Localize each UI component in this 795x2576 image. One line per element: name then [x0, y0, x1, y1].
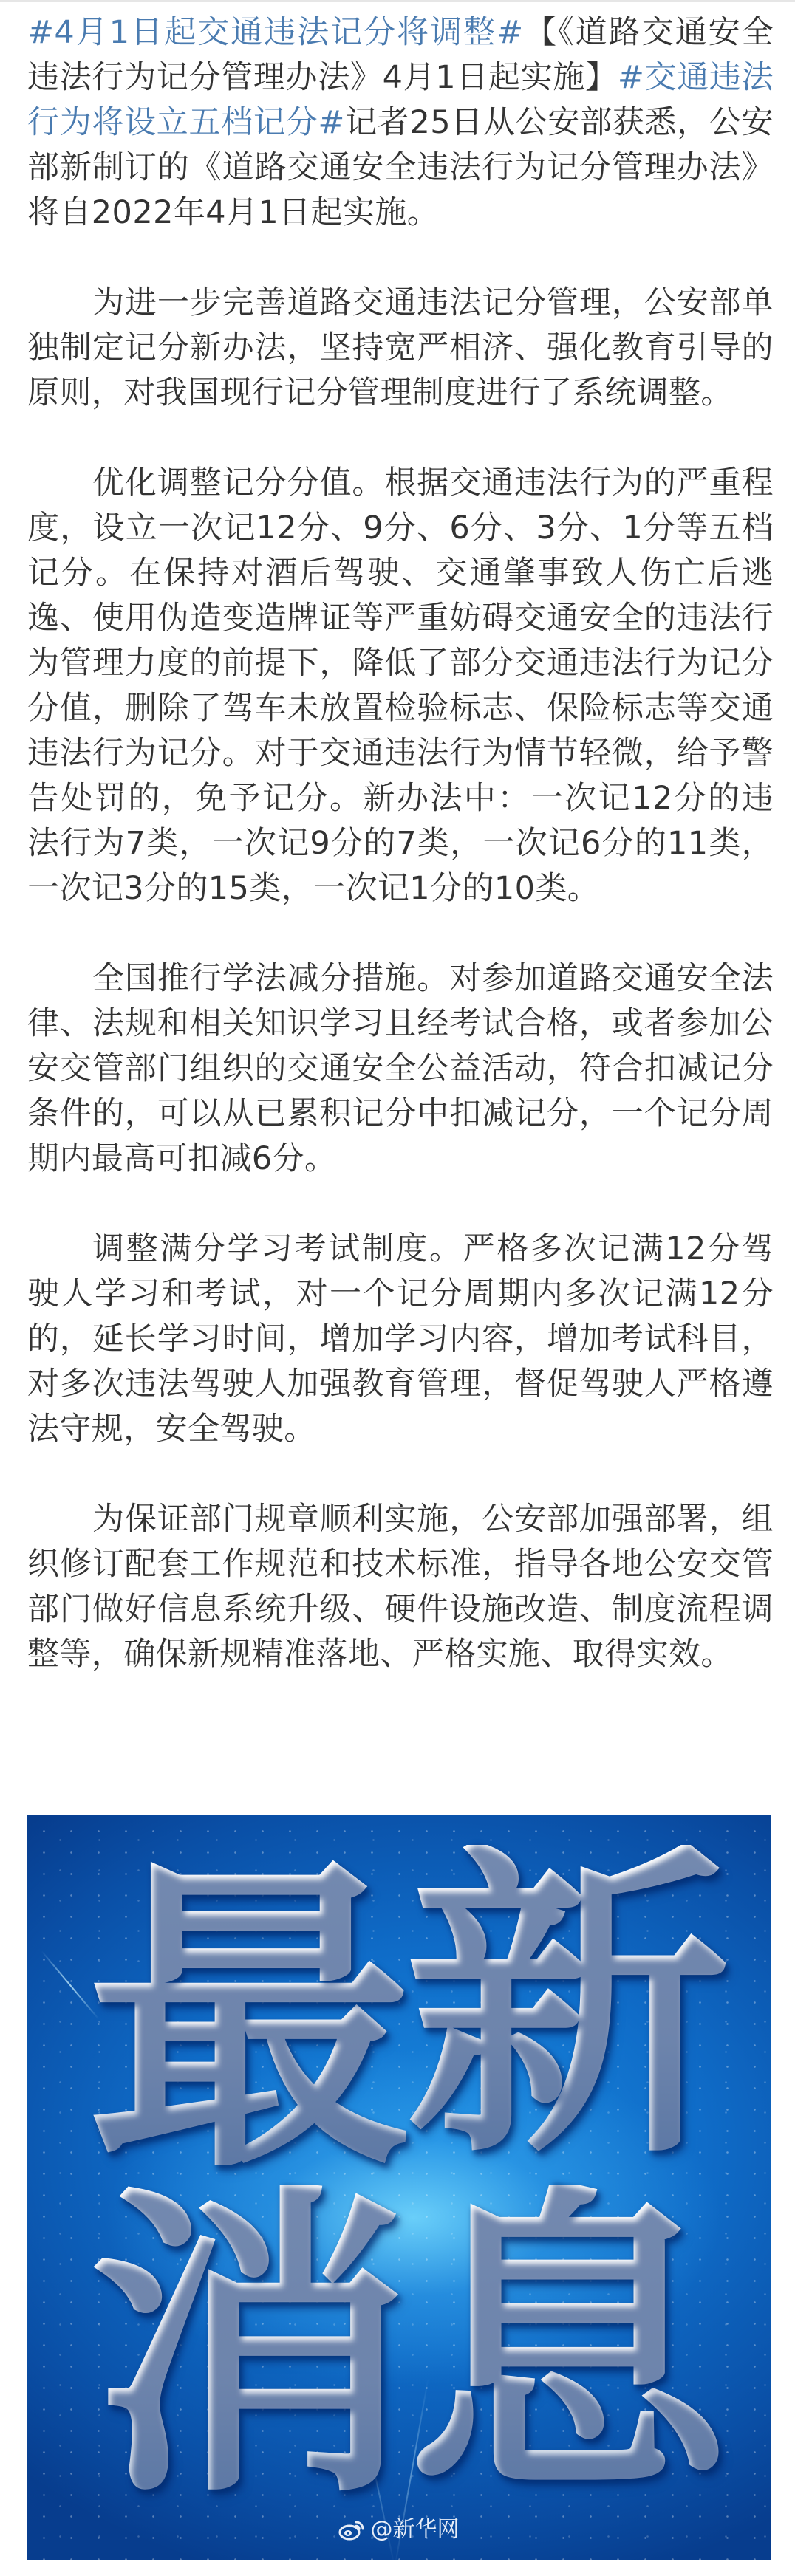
paragraph-implementation: 为保证部门规章顺利实施，公安部加强部署，组织修订配套工作规范和技术标准，指导各地… [27, 1497, 774, 1677]
paragraph-overview: 为进一步完善道路交通违法记分管理，公安部单独制定记分新办法，坚持宽严相济、强化教… [27, 281, 774, 416]
paragraph-intro: #4月1日起交通违法记分将调整#【《道路交通安全违法行为记分管理办法》4月1日起… [27, 10, 774, 236]
watermark-text: @新华网 [371, 2516, 460, 2542]
paragraph-deduction: 全国推行学法减分措施。对参加道路交通安全法律、法规和相关知识学习且经考试合格，或… [27, 956, 774, 1182]
paragraph-text: 为保证部门规章顺利实施，公安部加强部署，组织修订配套工作规范和技术标准，指导各地… [27, 1501, 774, 1673]
hashtag-link[interactable]: #4月1日起交通违法记分将调整# [27, 14, 524, 51]
paragraph-text: 全国推行学法减分措施。对参加道路交通安全法律、法规和相关知识学习且经考试合格，或… [27, 960, 774, 1177]
paragraph-exam: 调整满分学习考试制度。严格多次记满12分驾驶人学习和考试，对一个记分周期内多次记… [27, 1227, 774, 1452]
paragraph-scoring: 优化调整记分分值。根据交通违法行为的严重程度，设立一次记12分、9分、6分、3分… [27, 461, 774, 911]
image-watermark: @新华网 [27, 2515, 771, 2545]
image-char: 最 [87, 1860, 412, 2185]
image-char: 消 [87, 2185, 412, 2510]
paragraph-text: 为进一步完善道路交通违法记分管理，公安部单独制定记分新办法，坚持宽严相济、强化教… [27, 284, 774, 411]
latest-news-image[interactable]: 最 新 消 息 @新华网 [27, 1815, 771, 2560]
image-char: 息 [405, 2185, 730, 2510]
paragraph-text: 调整满分学习考试制度。严格多次记满12分驾驶人学习和考试，对一个记分周期内多次记… [27, 1230, 774, 1448]
image-char: 新 [405, 1845, 730, 2170]
top-divider [0, 0, 795, 2]
weibo-icon [338, 2518, 366, 2541]
post-body: #4月1日起交通违法记分将调整#【《道路交通安全违法行为记分管理办法》4月1日起… [27, 10, 774, 1722]
paragraph-text: 优化调整记分分值。根据交通违法行为的严重程度，设立一次记12分、9分、6分、3分… [27, 465, 774, 907]
